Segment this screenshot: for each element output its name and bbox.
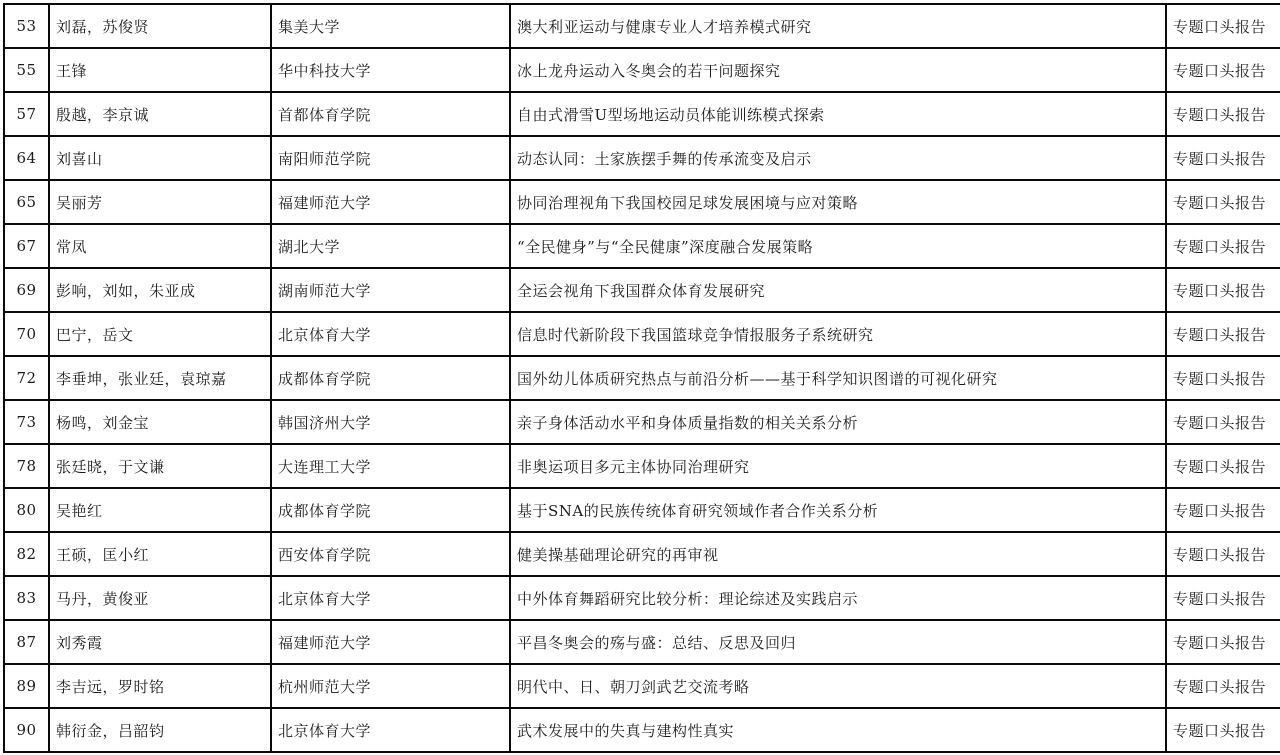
cell-number: 64 xyxy=(4,136,49,180)
cell-institution: 集美大学 xyxy=(271,4,510,48)
cell-authors: 巴宁，岳文 xyxy=(49,312,271,356)
cell-authors: 杨鸣，刘金宝 xyxy=(49,400,271,444)
document-page: 53 刘磊，苏俊贤 集美大学 澳大利亚运动与健康专业人才培养模式研究 专题口头报… xyxy=(3,3,1280,753)
cell-session-type: 专题口头报告 xyxy=(1166,92,1280,136)
table-row: 80 吴艳红 成都体育学院 基于SNA的民族传统体育研究领域作者合作关系分析 专… xyxy=(4,488,1280,532)
cell-number: 89 xyxy=(4,664,49,708)
cell-institution: 湖南师范大学 xyxy=(271,268,510,312)
cell-title: 基于SNA的民族传统体育研究领域作者合作关系分析 xyxy=(510,488,1166,532)
cell-session-type: 专题口头报告 xyxy=(1166,444,1280,488)
table-row: 90 韩衍金，吕韶钧 北京体育大学 武术发展中的失真与建构性真实 专题口头报告 xyxy=(4,708,1280,752)
cell-session-type: 专题口头报告 xyxy=(1166,488,1280,532)
cell-authors: 刘磊，苏俊贤 xyxy=(49,4,271,48)
cell-session-type: 专题口头报告 xyxy=(1166,576,1280,620)
table-body: 53 刘磊，苏俊贤 集美大学 澳大利亚运动与健康专业人才培养模式研究 专题口头报… xyxy=(4,4,1280,752)
cell-authors: 刘秀霞 xyxy=(49,620,271,664)
cell-session-type: 专题口头报告 xyxy=(1166,312,1280,356)
cell-institution: 华中科技大学 xyxy=(271,48,510,92)
cell-title: 冰上龙舟运动入冬奥会的若干问题探究 xyxy=(510,48,1166,92)
cell-number: 67 xyxy=(4,224,49,268)
table-row: 69 彭响，刘如，朱亚成 湖南师范大学 全运会视角下我国群众体育发展研究 专题口… xyxy=(4,268,1280,312)
cell-institution: 南阳师范学院 xyxy=(271,136,510,180)
cell-number: 55 xyxy=(4,48,49,92)
table-row: 89 李吉远，罗时铭 杭州师范大学 明代中、日、朝刀剑武艺交流考略 专题口头报告 xyxy=(4,664,1280,708)
cell-session-type: 专题口头报告 xyxy=(1166,48,1280,92)
cell-session-type: 专题口头报告 xyxy=(1166,180,1280,224)
cell-number: 73 xyxy=(4,400,49,444)
table-row: 65 吴丽芳 福建师范大学 协同治理视角下我国校园足球发展困境与应对策略 专题口… xyxy=(4,180,1280,224)
cell-institution: 西安体育学院 xyxy=(271,532,510,576)
cell-authors: 李吉远，罗时铭 xyxy=(49,664,271,708)
cell-session-type: 专题口头报告 xyxy=(1166,664,1280,708)
cell-title: 动态认同：土家族摆手舞的传承流变及启示 xyxy=(510,136,1166,180)
cell-number: 90 xyxy=(4,708,49,752)
cell-title: 明代中、日、朝刀剑武艺交流考略 xyxy=(510,664,1166,708)
cell-session-type: 专题口头报告 xyxy=(1166,136,1280,180)
table-row: 70 巴宁，岳文 北京体育大学 信息时代新阶段下我国篮球竞争情报服务子系统研究 … xyxy=(4,312,1280,356)
program-table: 53 刘磊，苏俊贤 集美大学 澳大利亚运动与健康专业人才培养模式研究 专题口头报… xyxy=(3,3,1280,753)
cell-title: 健美操基础理论研究的再审视 xyxy=(510,532,1166,576)
cell-institution: 北京体育大学 xyxy=(271,576,510,620)
cell-number: 70 xyxy=(4,312,49,356)
cell-session-type: 专题口头报告 xyxy=(1166,356,1280,400)
cell-institution: 福建师范大学 xyxy=(271,180,510,224)
cell-institution: 北京体育大学 xyxy=(271,312,510,356)
table-row: 82 王硕，匡小红 西安体育学院 健美操基础理论研究的再审视 专题口头报告 xyxy=(4,532,1280,576)
cell-session-type: 专题口头报告 xyxy=(1166,708,1280,752)
cell-number: 65 xyxy=(4,180,49,224)
cell-title: 亲子身体活动水平和身体质量指数的相关关系分析 xyxy=(510,400,1166,444)
cell-authors: 王锋 xyxy=(49,48,271,92)
cell-title: 中外体育舞蹈研究比较分析：理论综述及实践启示 xyxy=(510,576,1166,620)
cell-institution: 福建师范大学 xyxy=(271,620,510,664)
table-row: 78 张廷晓，于文谦 大连理工大学 非奥运项目多元主体协同治理研究 专题口头报告 xyxy=(4,444,1280,488)
cell-session-type: 专题口头报告 xyxy=(1166,4,1280,48)
cell-title: 信息时代新阶段下我国篮球竞争情报服务子系统研究 xyxy=(510,312,1166,356)
cell-session-type: 专题口头报告 xyxy=(1166,268,1280,312)
cell-institution: 成都体育学院 xyxy=(271,488,510,532)
cell-authors: 李垂坤，张业廷，袁琼嘉 xyxy=(49,356,271,400)
cell-authors: 彭响，刘如，朱亚成 xyxy=(49,268,271,312)
cell-session-type: 专题口头报告 xyxy=(1166,224,1280,268)
cell-institution: 大连理工大学 xyxy=(271,444,510,488)
cell-number: 78 xyxy=(4,444,49,488)
cell-institution: 成都体育学院 xyxy=(271,356,510,400)
table-row: 73 杨鸣，刘金宝 韩国济州大学 亲子身体活动水平和身体质量指数的相关关系分析 … xyxy=(4,400,1280,444)
cell-institution: 韩国济州大学 xyxy=(271,400,510,444)
cell-title: 非奥运项目多元主体协同治理研究 xyxy=(510,444,1166,488)
cell-authors: 常凤 xyxy=(49,224,271,268)
cell-number: 82 xyxy=(4,532,49,576)
cell-session-type: 专题口头报告 xyxy=(1166,532,1280,576)
cell-title: 国外幼儿体质研究热点与前沿分析——基于科学知识图谱的可视化研究 xyxy=(510,356,1166,400)
cell-title: 武术发展中的失真与建构性真实 xyxy=(510,708,1166,752)
table-row: 64 刘喜山 南阳师范学院 动态认同：土家族摆手舞的传承流变及启示 专题口头报告 xyxy=(4,136,1280,180)
cell-institution: 首都体育学院 xyxy=(271,92,510,136)
cell-title: 全运会视角下我国群众体育发展研究 xyxy=(510,268,1166,312)
cell-number: 83 xyxy=(4,576,49,620)
table-row: 67 常凤 湖北大学 “全民健身”与“全民健康”深度融合发展策略 专题口头报告 xyxy=(4,224,1280,268)
table-row: 53 刘磊，苏俊贤 集美大学 澳大利亚运动与健康专业人才培养模式研究 专题口头报… xyxy=(4,4,1280,48)
cell-authors: 刘喜山 xyxy=(49,136,271,180)
cell-title: 澳大利亚运动与健康专业人才培养模式研究 xyxy=(510,4,1166,48)
cell-authors: 殷越，李京诚 xyxy=(49,92,271,136)
table-row: 83 马丹，黄俊亚 北京体育大学 中外体育舞蹈研究比较分析：理论综述及实践启示 … xyxy=(4,576,1280,620)
cell-institution: 湖北大学 xyxy=(271,224,510,268)
cell-number: 69 xyxy=(4,268,49,312)
table-row: 87 刘秀霞 福建师范大学 平昌冬奥会的殇与盛：总结、反思及回归 专题口头报告 xyxy=(4,620,1280,664)
cell-title: 平昌冬奥会的殇与盛：总结、反思及回归 xyxy=(510,620,1166,664)
cell-number: 53 xyxy=(4,4,49,48)
cell-number: 72 xyxy=(4,356,49,400)
cell-title: 自由式滑雪U型场地运动员体能训练模式探索 xyxy=(510,92,1166,136)
table-row: 55 王锋 华中科技大学 冰上龙舟运动入冬奥会的若干问题探究 专题口头报告 xyxy=(4,48,1280,92)
cell-authors: 韩衍金，吕韶钧 xyxy=(49,708,271,752)
cell-title: 协同治理视角下我国校园足球发展困境与应对策略 xyxy=(510,180,1166,224)
cell-authors: 吴艳红 xyxy=(49,488,271,532)
cell-authors: 王硕，匡小红 xyxy=(49,532,271,576)
cell-title: “全民健身”与“全民健康”深度融合发展策略 xyxy=(510,224,1166,268)
cell-institution: 北京体育大学 xyxy=(271,708,510,752)
cell-session-type: 专题口头报告 xyxy=(1166,620,1280,664)
cell-number: 87 xyxy=(4,620,49,664)
cell-number: 57 xyxy=(4,92,49,136)
table-row: 72 李垂坤，张业廷，袁琼嘉 成都体育学院 国外幼儿体质研究热点与前沿分析——基… xyxy=(4,356,1280,400)
cell-number: 80 xyxy=(4,488,49,532)
cell-authors: 马丹，黄俊亚 xyxy=(49,576,271,620)
cell-authors: 吴丽芳 xyxy=(49,180,271,224)
cell-institution: 杭州师范大学 xyxy=(271,664,510,708)
table-row: 57 殷越，李京诚 首都体育学院 自由式滑雪U型场地运动员体能训练模式探索 专题… xyxy=(4,92,1280,136)
cell-authors: 张廷晓，于文谦 xyxy=(49,444,271,488)
cell-session-type: 专题口头报告 xyxy=(1166,400,1280,444)
